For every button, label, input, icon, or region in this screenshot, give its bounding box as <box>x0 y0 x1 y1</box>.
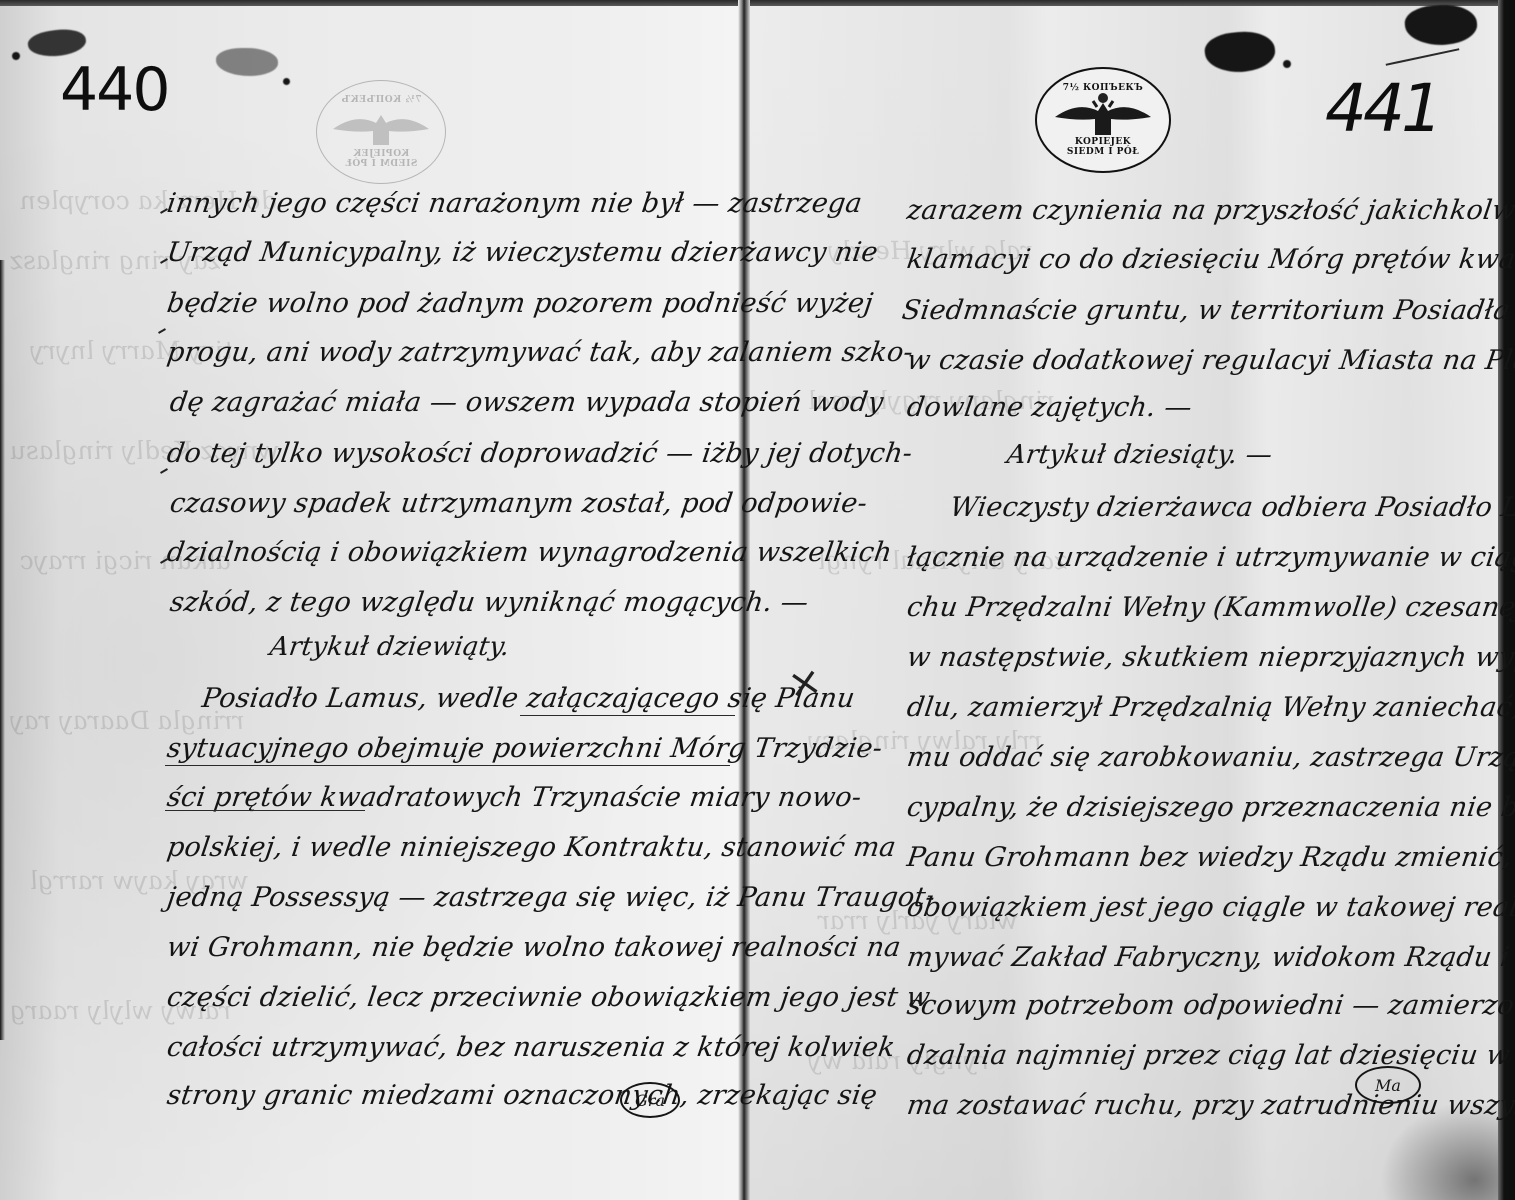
double-headed-eagle-icon <box>331 105 431 149</box>
manuscript-line: innych jego części narażonym nie był — z… <box>165 188 864 219</box>
text-underline <box>165 765 730 766</box>
manuscript-line: szkód, z tego względu wyniknąć mogących.… <box>168 587 810 618</box>
manuscript-line: cypalny, że dzisiejszego przeznaczenia n… <box>905 792 1515 823</box>
manuscript-line: progu, ani wody zatrzymywać tak, aby zal… <box>165 337 915 368</box>
manuscript-line: całości utrzymywać, bez naruszenia z któ… <box>165 1032 897 1063</box>
manuscript-line: w następstwie, skutkiem nieprzyjaznych w… <box>905 642 1515 673</box>
double-headed-eagle-icon <box>1053 93 1153 137</box>
initials-stamp-right: Ma <box>1355 1066 1421 1104</box>
stamp-bottom-text-2: SIEDM I PÓŁ <box>1067 147 1139 157</box>
manuscript-line: zarazem czynienia na przyszłość jakichko… <box>905 195 1515 226</box>
manuscript-line: Siedmnaście gruntu, w territorium Posiad… <box>900 295 1515 326</box>
stamp-bottom-text: KOPIEJEK <box>353 149 409 159</box>
manuscript-line: czasowy spadek utrzymanym został, pod od… <box>168 488 869 519</box>
ink-blot <box>12 52 20 60</box>
manuscript-line: będzie wolno pod żadnym pozorem podnieść… <box>165 288 875 319</box>
tax-stamp-right: 7½ КОПЪЕКЪ KOPIEJEK SIEDM I PÓŁ <box>1035 67 1171 173</box>
manuscript-line: części dzielić, lecz przeciwnie obowiązk… <box>165 982 932 1013</box>
manuscript-line: ści prętów kwadratowych Trzynaście miary… <box>165 782 863 813</box>
manuscript-line: w czasie dodatkowej regulacyi Miasta na … <box>905 345 1515 376</box>
page-number-left: 440 <box>60 55 169 125</box>
page-number-right: 441 <box>1325 70 1439 147</box>
text-underline <box>520 715 735 716</box>
faint-stamp-left: 7½ КОПЪЕКЪ KOPIEJEK SIEDM I PÓŁ <box>316 80 446 184</box>
manuscript-line: Urząd Municypalny, iż wieczystemu dzierż… <box>165 237 880 268</box>
stamp-bottom-text-2: SIEDM I PÓŁ <box>345 159 417 169</box>
manuscript-line: Panu Grohmann bez wiedzy Rządu zmienić, … <box>905 842 1515 873</box>
manuscript-line: do tej tylko wysokości doprowadzić — iżb… <box>165 438 914 469</box>
manuscript-line: strony granic miedzami oznaczonych, zrze… <box>165 1080 879 1111</box>
manuscript-line: dzalnia najmniej przez ciąg lat dziesięc… <box>905 1040 1515 1071</box>
stamp-top-text: 7½ КОПЪЕКЪ <box>1063 83 1144 93</box>
manuscript-line: polskiej, i wedle niniejszego Kontraktu,… <box>165 832 898 863</box>
manuscript-line: Posiadło Lamus, wedle załączającego się … <box>200 683 857 714</box>
manuscript-line: chu Przędzalni Wełny (Kammwolle) czesane… <box>905 592 1515 623</box>
manuscript-line: obowiązkiem jest jego ciągle w takowej r… <box>905 892 1515 923</box>
initials-stamp-left: Gra <box>620 1082 680 1118</box>
ink-dot <box>1283 60 1291 68</box>
manuscript-line: scowym potrzebom odpowiedni — zamierzona… <box>905 990 1515 1021</box>
manuscript-line: klamacyi co do dziesięciu Mórg prętów kw… <box>905 244 1515 275</box>
manuscript-line: dzialnością i obowiązkiem wynagrodzenia … <box>165 537 894 568</box>
manuscript-line: dowlane zajętych. — <box>905 392 1194 423</box>
scan-left-edge <box>0 260 5 1040</box>
manuscript-line: mywać Zakład Fabryczny, widokom Rządu i … <box>905 942 1515 973</box>
manuscript-line: mu oddać się zarobkowaniu, zastrzega Urz… <box>905 742 1515 773</box>
text-underline <box>165 810 365 811</box>
manuscript-line: łącznie na urządzenie i utrzymywanie w c… <box>905 542 1515 573</box>
scanned-document: do Herz ka coryplen zay ring ringlasz ti… <box>0 0 1515 1200</box>
manuscript-line: jedną Possessyą — zastrzega się więc, iż… <box>165 882 937 913</box>
article-heading: Artykuł dziesiąty. — <box>1005 440 1274 470</box>
stamp-top-text: 7½ КОПЪЕКЪ <box>341 95 422 105</box>
manuscript-line: wi Grohmann, nie będzie wolno takowej re… <box>165 932 903 963</box>
article-heading: Artykuł dziewiąty. <box>268 632 511 662</box>
manuscript-line: Wieczysty dzierżawca odbiera Posiadło La… <box>948 492 1515 523</box>
manuscript-line: ma zostawać ruchu, przy zatrudnieniu wsz… <box>905 1090 1515 1121</box>
manuscript-line: sytuacyjnego obejmuje powierzchni Mórg T… <box>165 733 884 764</box>
ink-dot <box>283 78 290 85</box>
manuscript-line: dlu, zamierzył Przędzalnią Wełny zaniech… <box>905 692 1515 723</box>
manuscript-line: dę zagrażać miała — owszem wypada stopie… <box>168 387 885 418</box>
stamp-bottom-text: KOPIEJEK <box>1075 137 1131 147</box>
